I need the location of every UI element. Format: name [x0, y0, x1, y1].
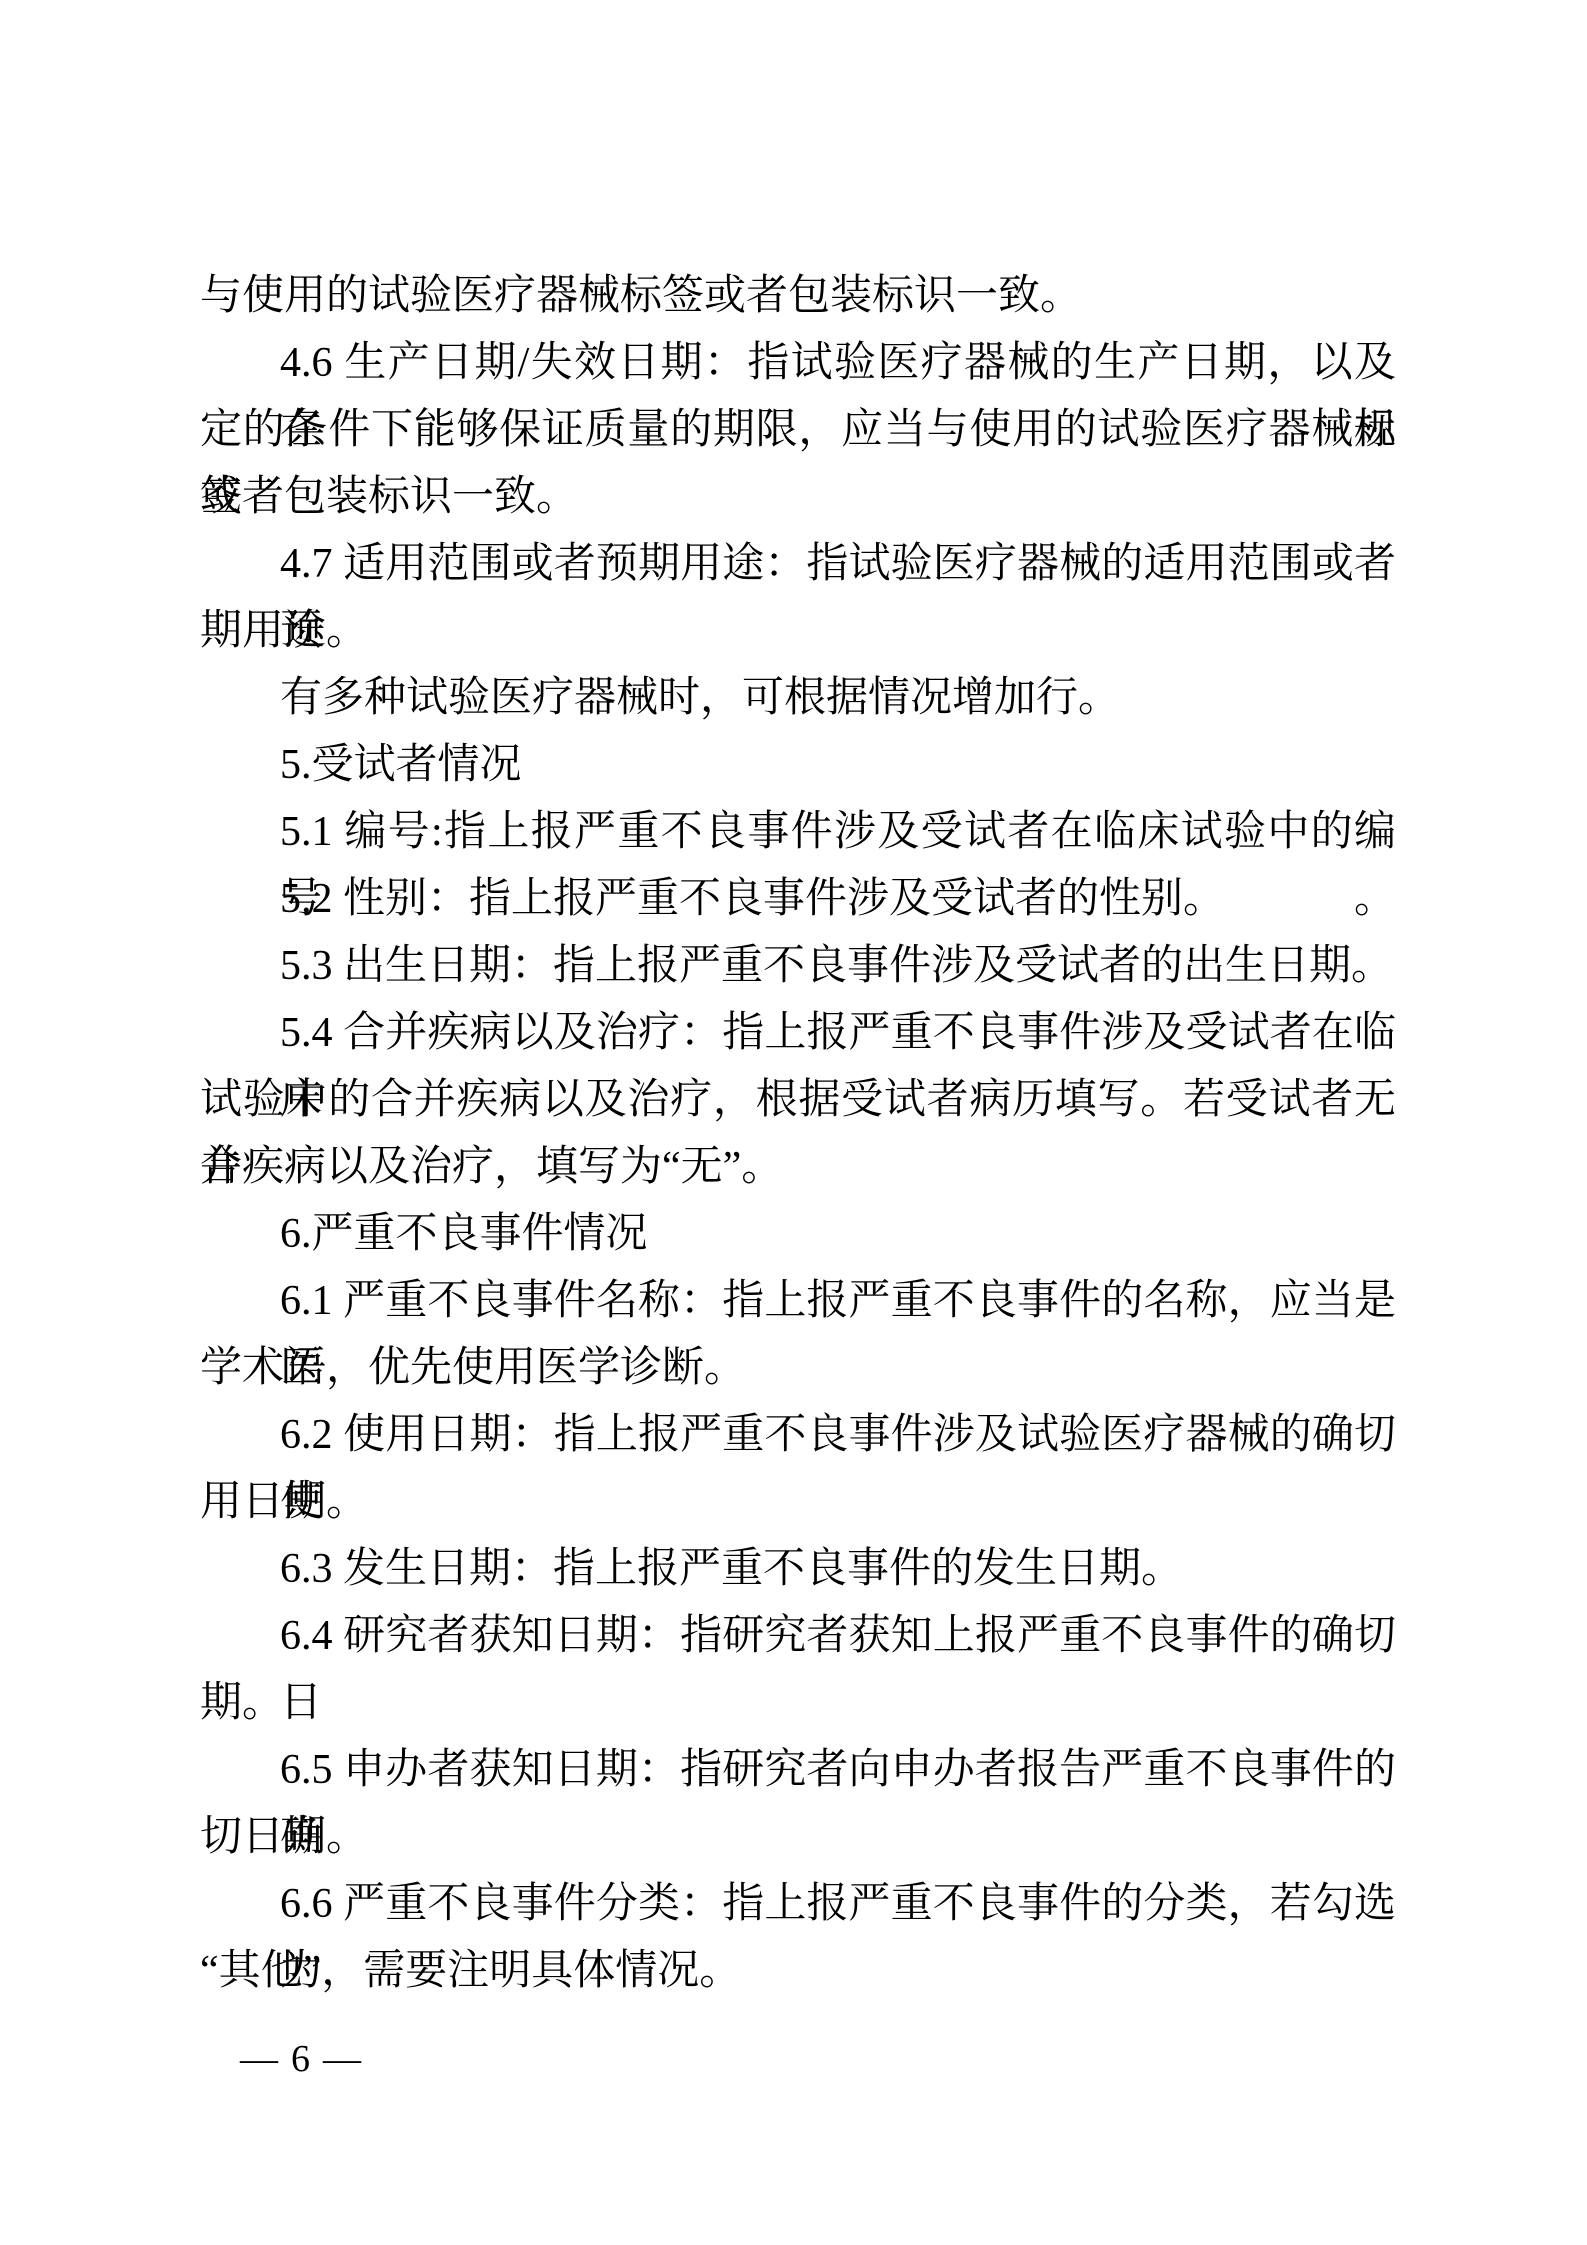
- text-line: 4.7 适用范围或者预期用途：指试验医疗器械的适用范围或者预: [200, 531, 1396, 598]
- footer-dash-left: —: [240, 2038, 278, 2080]
- page-footer: —6—: [240, 2038, 361, 2080]
- text-line: 6.4 研究者获知日期：指研究者获知上报严重不良事件的确切日: [200, 1603, 1396, 1670]
- page-number: 6: [291, 2038, 310, 2080]
- body-text: 与使用的试验医疗器械标签或者包装标识一致。4.6 生产日期/失效日期：指试验医疗…: [200, 263, 1396, 2005]
- text-line: 切日期。: [200, 1804, 1396, 1871]
- text-line: 6.5 申办者获知日期：指研究者向申办者报告严重不良事件的确: [200, 1737, 1396, 1804]
- text-line: 5.受试者情况: [200, 732, 1396, 799]
- text-line: 试验中的合并疾病以及治疗，根据受试者病历填写。若受试者无合: [200, 1067, 1396, 1134]
- text-line: 4.6 生产日期/失效日期：指试验医疗器械的生产日期，以及在规: [200, 330, 1396, 397]
- text-line: 5.1 编号:指上报严重不良事件涉及受试者在临床试验中的编号。: [200, 799, 1396, 866]
- text-line: 期用途。: [200, 598, 1396, 665]
- document-page: 与使用的试验医疗器械标签或者包装标识一致。4.6 生产日期/失效日期：指试验医疗…: [0, 0, 1587, 2245]
- text-line: 并疾病以及治疗，填写为“无”。: [200, 1134, 1396, 1201]
- text-line: 与使用的试验医疗器械标签或者包装标识一致。: [200, 263, 1396, 330]
- text-line: 5.3 出生日期：指上报严重不良事件涉及受试者的出生日期。: [200, 933, 1396, 1000]
- text-line: 5.4 合并疾病以及治疗：指上报严重不良事件涉及受试者在临床: [200, 1000, 1396, 1067]
- text-line: 期。: [200, 1670, 1396, 1737]
- text-line: 5.2 性别：指上报严重不良事件涉及受试者的性别。: [200, 866, 1396, 933]
- footer-dash-right: —: [323, 2038, 361, 2080]
- text-line: 6.6 严重不良事件分类：指上报严重不良事件的分类，若勾选为: [200, 1871, 1396, 1938]
- text-line: 或者包装标识一致。: [200, 464, 1396, 531]
- text-line: 用日期。: [200, 1469, 1396, 1536]
- text-line: 6.3 发生日期：指上报严重不良事件的发生日期。: [200, 1536, 1396, 1603]
- text-line: 学术语，优先使用医学诊断。: [200, 1335, 1396, 1402]
- text-line: 6.1 严重不良事件名称：指上报严重不良事件的名称，应当是医: [200, 1268, 1396, 1335]
- text-line: 6.2 使用日期：指上报严重不良事件涉及试验医疗器械的确切使: [200, 1402, 1396, 1469]
- text-line: 6.严重不良事件情况: [200, 1201, 1396, 1268]
- text-line: “其他”，需要注明具体情况。: [200, 1938, 1396, 2005]
- text-line: 有多种试验医疗器械时，可根据情况增加行。: [200, 665, 1396, 732]
- text-line: 定的条件下能够保证质量的期限，应当与使用的试验医疗器械标签: [200, 397, 1396, 464]
